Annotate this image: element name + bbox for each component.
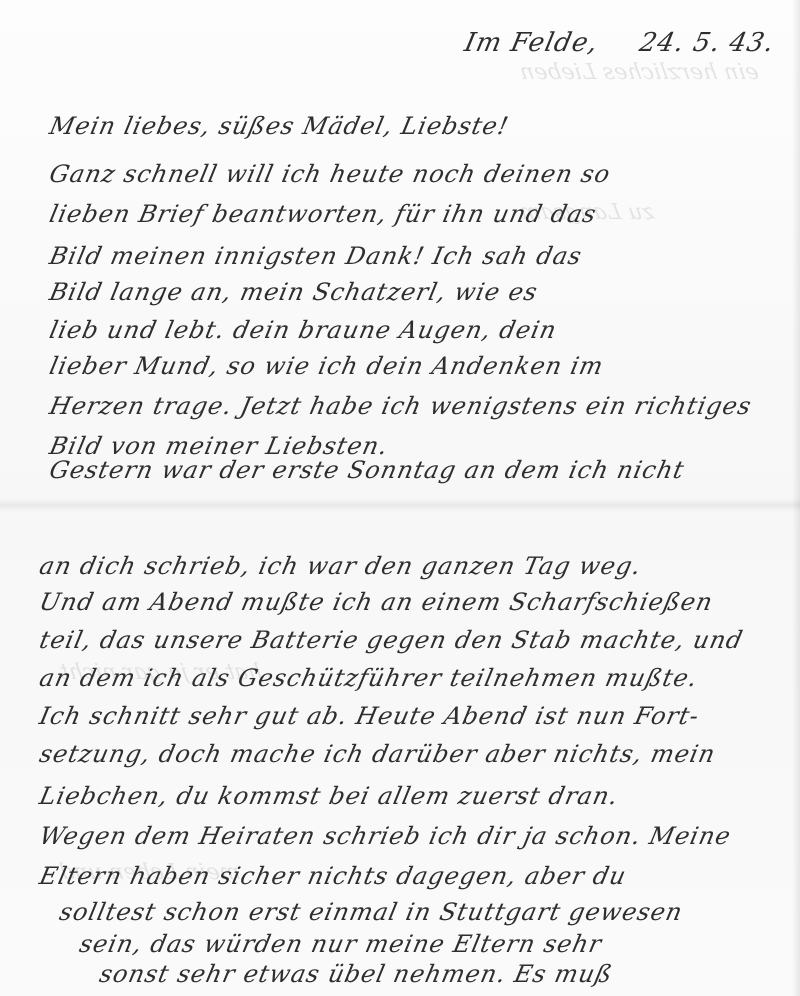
letter-date: 24. 5. 43. (637, 28, 777, 58)
letter-line: Wegen dem Heiraten schrieb ich dir ja sc… (37, 822, 734, 850)
letter-line: teil, das unsere Batterie gegen den Stab… (37, 626, 746, 654)
letter-line: setzung, doch mache ich darüber aber nic… (37, 740, 718, 768)
letter-line: lieb und lebt. dein braune Augen, dein (47, 316, 560, 344)
letter-line: Gestern war der erste Sonntag an dem ich… (47, 456, 687, 484)
letter-line: Herzen trage. Jetzt habe ich wenigstens … (47, 392, 754, 420)
letter-line: Ganz schnell will ich heute noch deinen … (47, 160, 613, 188)
letter-line: Eltern haben sicher nichts dagegen, aber… (37, 862, 629, 890)
paper-edge (792, 0, 800, 996)
letter-line: lieben Brief beantworten, für ihn und da… (47, 200, 599, 228)
letter-line: Bild meinen innigsten Dank! Ich sah das (47, 242, 585, 270)
letter-line: an dich schrieb, ich war den ganzen Tag … (37, 552, 644, 580)
letter-place: Im Felde, (462, 28, 601, 58)
bleed-through-text: ein herzliches Lieben (518, 60, 761, 85)
letter-line: Bild lange an, mein Schatzerl, wie es (47, 278, 540, 306)
letter-line: Liebchen, du kommst bei allem zuerst dra… (37, 782, 621, 810)
letter-line: solltest schon erst einmal in Stuttgart … (57, 898, 686, 926)
letter-line: Ich schnitt sehr gut ab. Heute Abend ist… (37, 702, 702, 730)
letter-line: an dem ich als Geschützführer teilnehmen… (37, 664, 700, 692)
letter-line: sein, das würden nur meine Eltern sehr (77, 930, 605, 958)
paper-fold (0, 498, 800, 512)
letter-line: Und am Abend mußte ich an einem Scharfsc… (37, 588, 716, 616)
letter-line: sonst sehr etwas übel nehmen. Es muß (97, 960, 615, 988)
letter-salutation: Mein liebes, süßes Mädel, Liebste! (47, 112, 512, 140)
letter-line: lieber Mund, so wie ich dein Andenken im (47, 352, 606, 380)
